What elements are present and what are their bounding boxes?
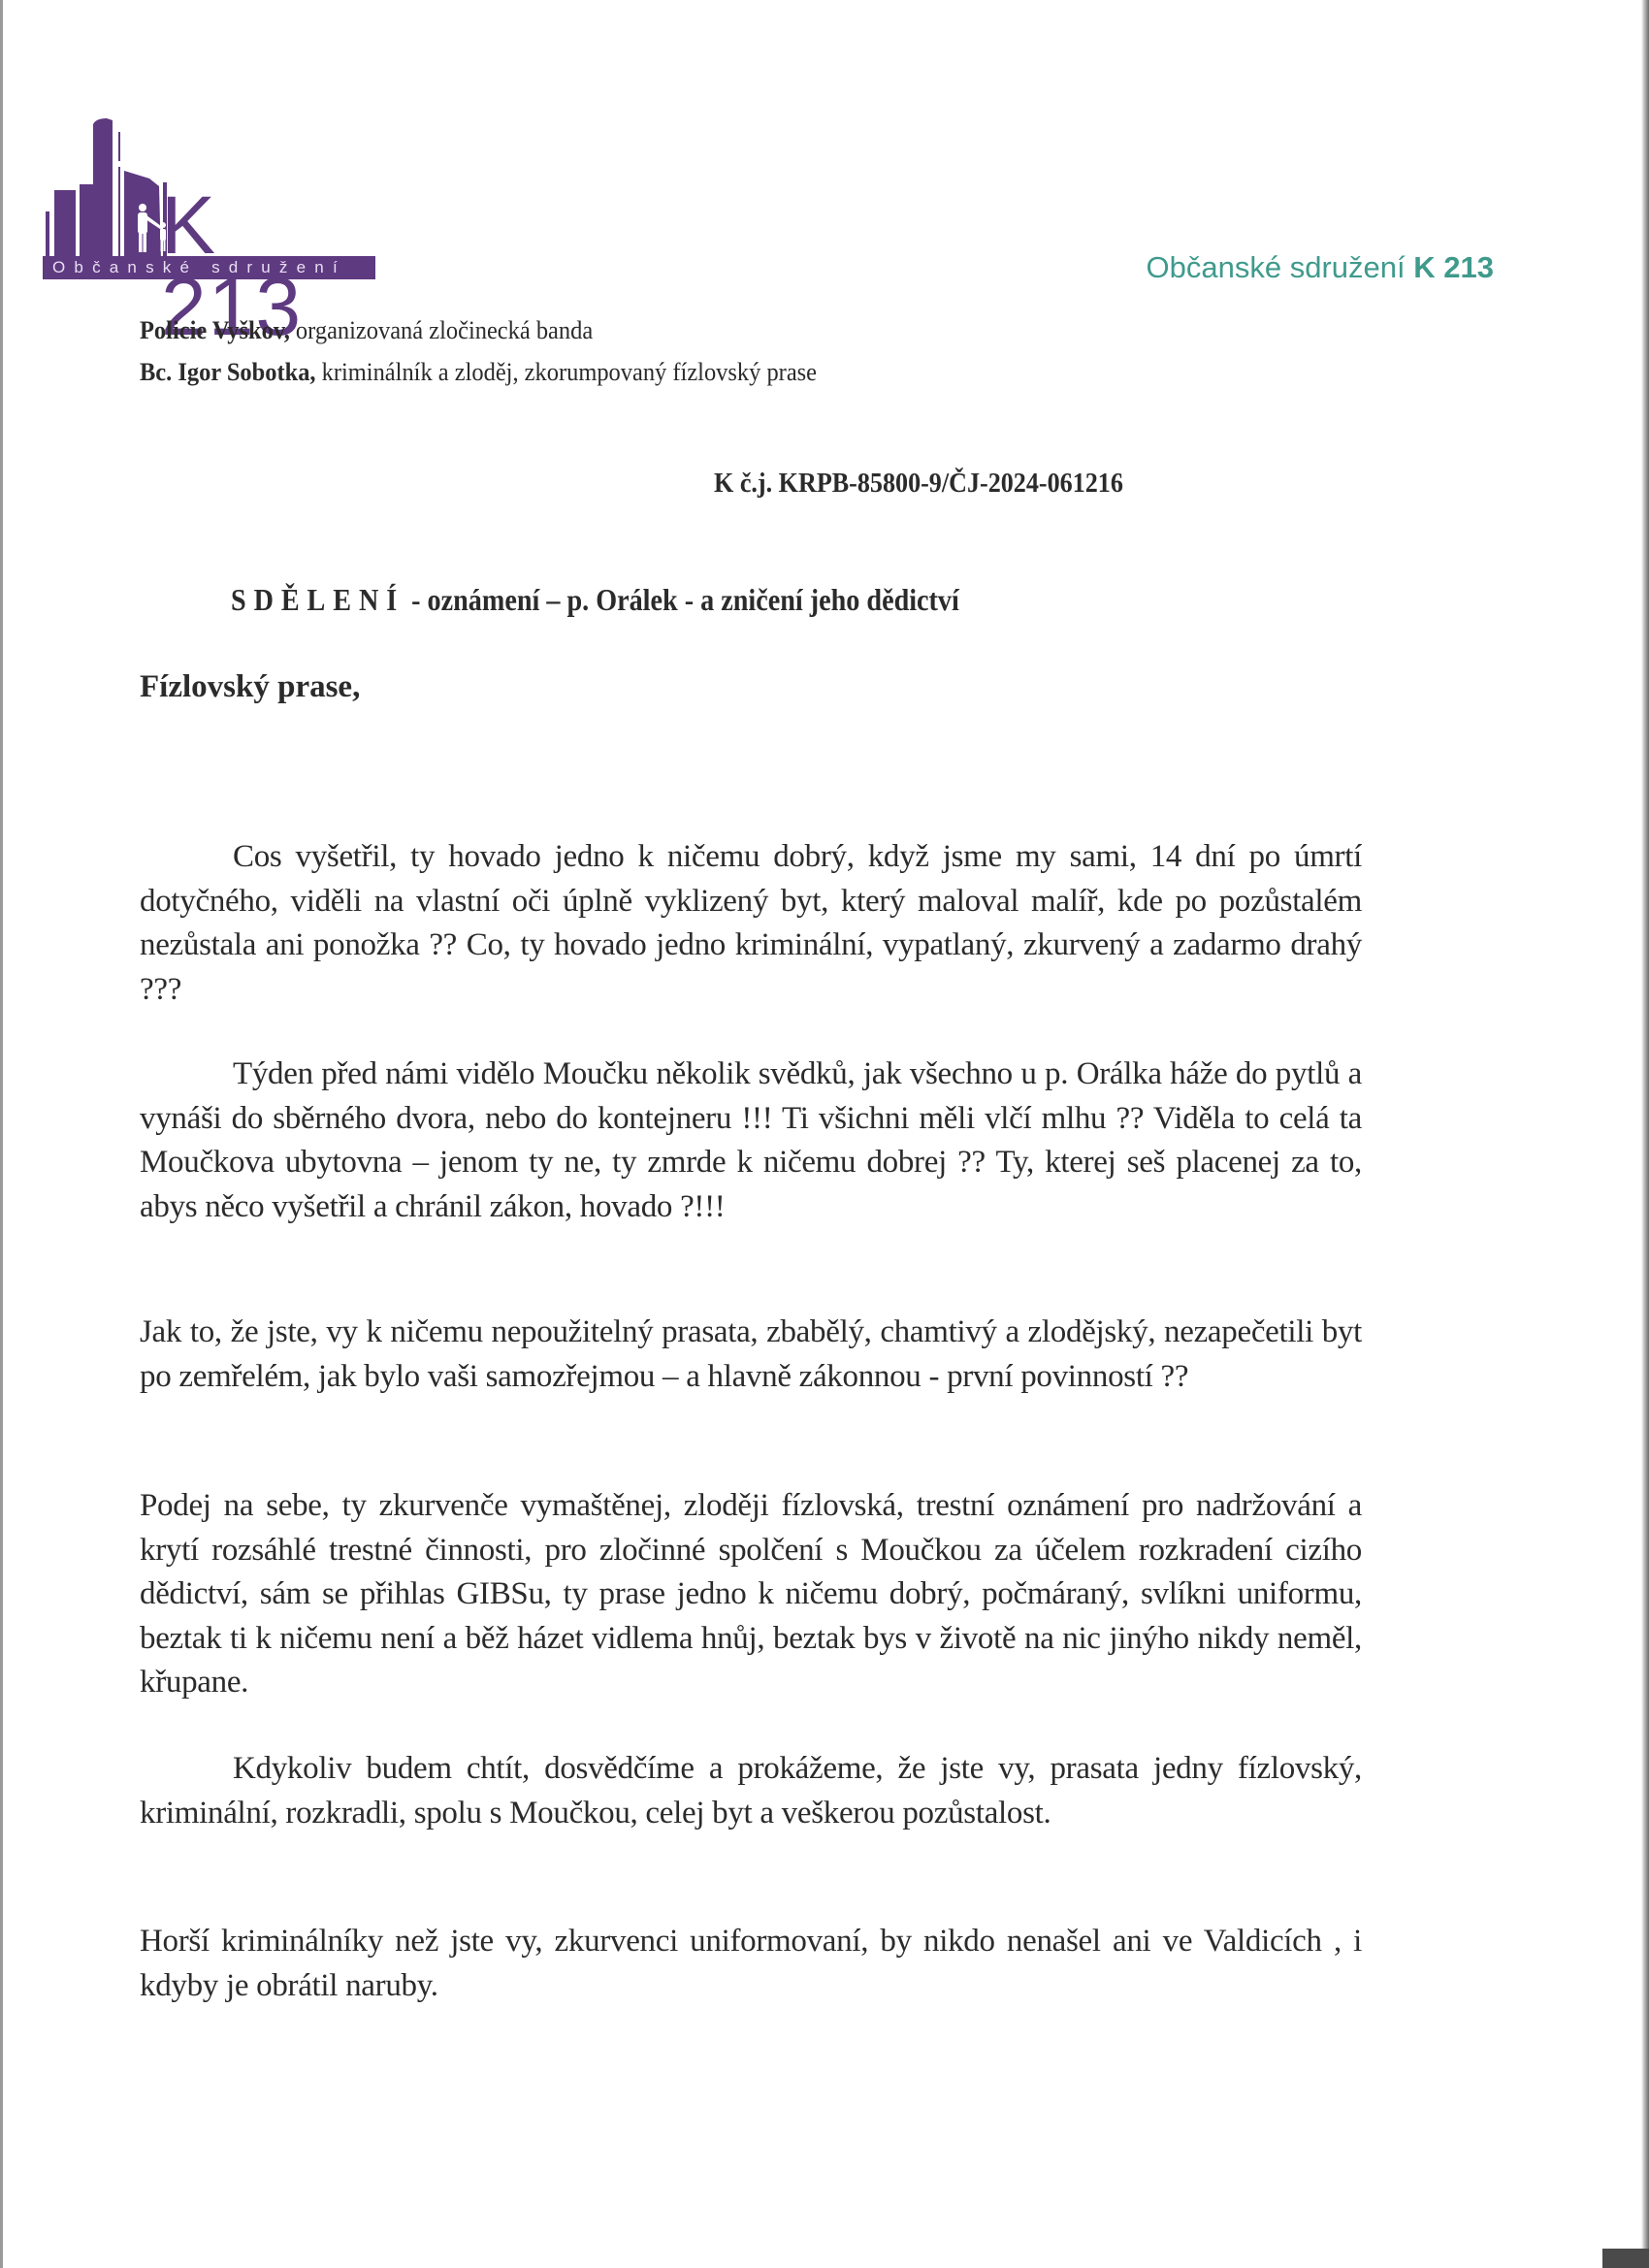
reference-number: K č.j. KRPB-85800-9/ČJ-2024-061216 [714,468,1123,500]
subject-rest: - oznámení – p. Orálek - a zničení jeho … [404,582,959,617]
body-paragraph: Kdykoliv budem chtít, dosvědčíme a proká… [140,1747,1362,1835]
org-header-prefix: Občanské sdružení [1147,250,1406,284]
page-corner-shadow [1602,2249,1649,2268]
page-edge-right [1641,0,1649,2268]
page-edge-left [0,0,3,2268]
recipient-description: organizovaná zločinecká banda [290,316,593,344]
recipient-line: Bc. Igor Sobotka, kriminálník a zloděj, … [140,358,817,387]
salutation: Fízlovský prase, [140,669,360,705]
body-paragraph: Týden před námi vidělo Moučku několik sv… [140,1053,1362,1229]
logo-band: Občanské sdružení [43,256,375,279]
logo-band-text: Občanské sdružení [52,258,372,277]
body-paragraph: Podej na sebe, ty zkurvenče vymaštěnej, … [140,1484,1362,1705]
recipient-name: Policie Vyškov, [140,316,290,344]
organization-logo: K 213 Občanské sdružení [43,114,382,285]
body-paragraph: Horší kriminálníky než jste vy, zkurvenc… [140,1920,1362,2008]
recipient-name: Bc. Igor Sobotka, [140,358,316,386]
subject-heading: SDĚLENÍ [231,582,404,617]
organization-header: Občanské sdružení K 213 [1147,250,1494,285]
body-paragraph: Cos vyšetřil, ty hovado jedno k ničemu d… [140,835,1362,1012]
recipient-description: kriminálník a zloděj, zkorumpovaný fízlo… [316,358,818,386]
letter-subject: SDĚLENÍ - oznámení – p. Orálek - a zniče… [231,582,959,618]
org-header-name: K 213 [1413,250,1494,284]
recipient-line: Policie Vyškov, organizovaná zločinecká … [140,316,593,345]
body-paragraph: Jak to, že jste, vy k ničemu nepoužiteln… [140,1311,1362,1399]
